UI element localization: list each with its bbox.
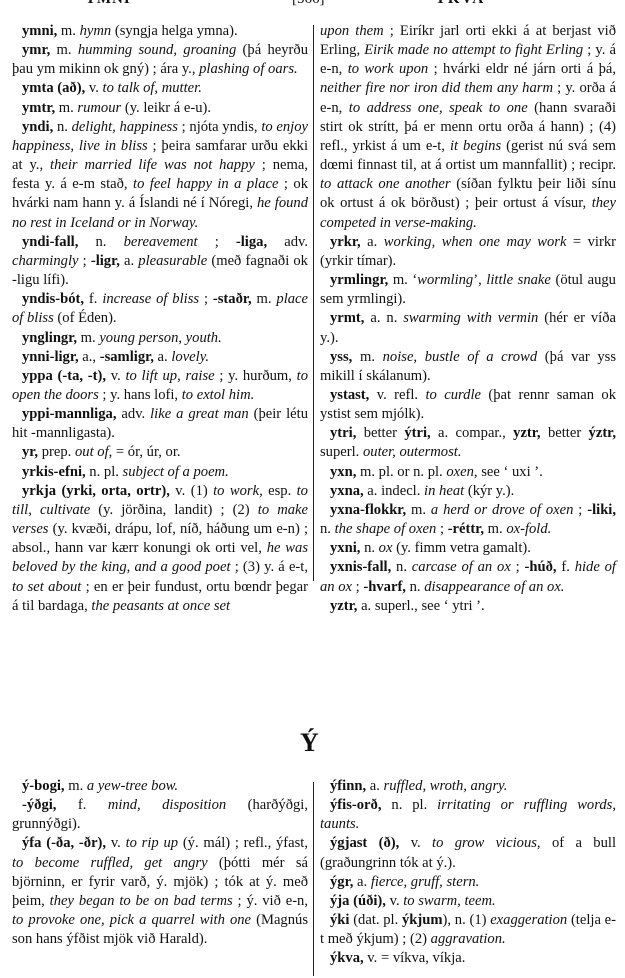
headword: ýgjast (ð), bbox=[330, 835, 399, 851]
dictionary-entry: ýja (úði), v. to swarm, teem. bbox=[320, 892, 616, 911]
headword: yxn, bbox=[330, 464, 356, 480]
headword: ystast, bbox=[330, 387, 369, 403]
entry-text: adv. bbox=[267, 234, 308, 250]
dictionary-entry: ytri, better ýtri, a. compar., yztr, bet… bbox=[320, 424, 616, 462]
headword: ytri, bbox=[330, 425, 356, 441]
entry-text: n. bbox=[391, 559, 412, 575]
entry-text: adv. bbox=[116, 406, 150, 422]
entry-text: ; ý. við e-n, bbox=[233, 893, 308, 909]
dictionary-entry: yxna-flokkr, m. a herd or drove of oxen … bbox=[320, 501, 616, 539]
entry-text: a. n. bbox=[364, 310, 403, 326]
definition: to set about bbox=[12, 579, 81, 595]
dictionary-entry: ymta (að), v. to talk of, mutter. bbox=[12, 79, 308, 98]
definition: young person, youth. bbox=[99, 330, 221, 346]
headword: ýtri, bbox=[404, 425, 430, 441]
definition: to curdle bbox=[425, 387, 481, 403]
entry-text: v. bbox=[106, 368, 125, 384]
dictionary-entry: ý-bogi, m. a yew-tree bow. bbox=[12, 777, 308, 796]
entry-text: v. bbox=[106, 835, 126, 851]
dictionary-entry: yndis-bót, f. increase of bliss ; -staðr… bbox=[12, 290, 308, 328]
dictionary-entry: yxni, n. ox (y. fimm vetra gamalt). bbox=[320, 539, 616, 558]
headword: ýja (úði), bbox=[330, 893, 386, 909]
headword: yxna, bbox=[330, 483, 364, 499]
column-right-bottom: ýfinn, a. ruffled, wroth, angry.ýfis-orð… bbox=[320, 777, 616, 969]
headword: -staðr, bbox=[213, 291, 252, 307]
definition: humming sound, groaning bbox=[78, 42, 236, 58]
definition: to provoke one, pick a quarrel with one bbox=[12, 912, 251, 928]
headword: yxna-flokkr, bbox=[330, 502, 406, 518]
definition: delight, happiness bbox=[72, 119, 178, 135]
definition: to become ruffled, get angry bbox=[12, 855, 208, 871]
entry-text: (of Éden). bbox=[54, 310, 117, 326]
dictionary-entry: yrkis-efni, n. pl. subject of a poem. bbox=[12, 463, 308, 482]
dictionary-entry: yxn, m. pl. or n. pl. oxen, see ‘ uxi ’. bbox=[320, 463, 616, 482]
definition: like a great man bbox=[150, 406, 249, 422]
headword: yxnis-fall, bbox=[330, 559, 391, 575]
dictionary-entry: yr, prep. out of, = ór, úr, or. bbox=[12, 443, 308, 462]
column-divider bbox=[313, 25, 314, 581]
definition: little snake bbox=[486, 272, 551, 288]
entry-text: a. superl., see ‘ ytri ’. bbox=[357, 598, 484, 614]
entry-text: a. compar., bbox=[431, 425, 514, 441]
right-guide-word: ÝKVA bbox=[435, 0, 485, 8]
entry-text: ; njóta yndis, bbox=[178, 119, 261, 135]
headword: yndis-bót, bbox=[22, 291, 84, 307]
headword: ymni, bbox=[22, 23, 57, 39]
definition: to address one, speak to one bbox=[349, 100, 528, 116]
headword: yr, bbox=[22, 444, 38, 460]
headword: ýkjum bbox=[402, 912, 443, 928]
definition: noise, bustle of a crowd bbox=[383, 349, 538, 365]
definition: plashing of oars. bbox=[199, 61, 298, 77]
entry-text: m. bbox=[252, 291, 277, 307]
entry-text: a. bbox=[120, 253, 138, 269]
dictionary-entry: yndi-fall, n. bereavement ; -liga, adv. … bbox=[12, 233, 308, 290]
dictionary-entry: -ýðgi, f. mind, disposition (harðýðgi, g… bbox=[12, 796, 308, 834]
headword: -ýðgi, bbox=[22, 797, 56, 813]
dictionary-entry: yrkr, a. working, when one may work = vi… bbox=[320, 233, 616, 271]
headword: yrkr, bbox=[330, 234, 361, 250]
definition: Eirik made no attempt to fight Erling bbox=[364, 42, 583, 58]
entry-text: f. bbox=[56, 797, 107, 813]
entry-text: n. bbox=[406, 579, 424, 595]
headword: yndi, bbox=[22, 119, 53, 135]
entry-text: m. bbox=[65, 778, 87, 794]
headword: ýfis-orð, bbox=[330, 797, 381, 813]
entry-text: m. bbox=[50, 42, 78, 58]
definition: oxen, bbox=[446, 464, 477, 480]
entry-text: a. bbox=[353, 874, 370, 890]
definition: ox-fold. bbox=[506, 521, 551, 537]
definition: neither fire nor iron did them any harm bbox=[320, 80, 553, 96]
headword: ýki bbox=[330, 912, 349, 928]
dictionary-entry: upon them ; Eiríkr jarl orti ekki á at b… bbox=[320, 22, 616, 233]
entry-text: m. bbox=[484, 521, 506, 537]
dictionary-entry: ymr, m. humming sound, groaning (þá heyr… bbox=[12, 41, 308, 79]
definition: subject of a poem. bbox=[123, 464, 229, 480]
entry-text: n. bbox=[320, 521, 335, 537]
definition: swarming with vermin bbox=[403, 310, 538, 326]
entry-text: v. = víkva, víkja. bbox=[364, 950, 466, 966]
definition: to talk of, mutter. bbox=[103, 80, 202, 96]
entry-text: better bbox=[541, 425, 589, 441]
entry-text: see ‘ uxi ’. bbox=[478, 464, 543, 480]
entry-text: a. indecl. bbox=[364, 483, 424, 499]
definition: their married life was not happy bbox=[50, 157, 255, 173]
entry-text: prep. bbox=[38, 444, 75, 460]
entry-text: superl. bbox=[320, 444, 363, 460]
headword: -liga, bbox=[236, 234, 267, 250]
headword: yrkja (yrki, orta, ortr), bbox=[22, 483, 170, 499]
headword: ýgr, bbox=[330, 874, 353, 890]
entry-text: a., bbox=[79, 349, 100, 365]
headword: ýfinn, bbox=[330, 778, 366, 794]
entry-text: f. bbox=[84, 291, 102, 307]
dictionary-entry: ýfis-orð, n. pl. irritating or ruffling … bbox=[320, 796, 616, 834]
dictionary-entry: ýki (dat. pl. ýkjum), n. (1) exaggeratio… bbox=[320, 911, 616, 949]
headword: yrmlingr, bbox=[330, 272, 388, 288]
entry-text: ; (3) y. á e-t, bbox=[231, 559, 308, 575]
entry-text: v. bbox=[386, 893, 403, 909]
dictionary-entry: yppa (-ta, -t), v. to lift up, raise ; y… bbox=[12, 367, 308, 405]
dictionary-entry: yrmt, a. n. swarming with vermin (hér er… bbox=[320, 309, 616, 347]
definition: it begins bbox=[450, 138, 501, 154]
entry-text: (y. jörðina, landit) ; (2) bbox=[90, 502, 258, 518]
headword: -réttr, bbox=[448, 521, 484, 537]
entry-text: ; bbox=[352, 579, 363, 595]
dictionary-entry: yndi, n. delight, happiness ; njóta yndi… bbox=[12, 118, 308, 233]
definition: to work upon bbox=[348, 61, 429, 77]
definition: wormling bbox=[417, 272, 473, 288]
dictionary-entry: ystast, v. refl. to curdle (þat rennr sa… bbox=[320, 386, 616, 424]
headword: yppa (-ta, -t), bbox=[22, 368, 106, 384]
definition: rumour bbox=[77, 100, 121, 116]
dictionary-entry: ynglingr, m. young person, youth. bbox=[12, 329, 308, 348]
entry-text: ; bbox=[573, 502, 587, 518]
headword: ynni-ligr, bbox=[22, 349, 79, 365]
entry-text: ; bbox=[78, 253, 90, 269]
dictionary-entry: ýfinn, a. ruffled, wroth, angry. bbox=[320, 777, 616, 796]
entry-text: f. bbox=[557, 559, 575, 575]
definition: lovely. bbox=[171, 349, 209, 365]
entry-text: (y. fimm vetra gamalt). bbox=[392, 540, 530, 556]
entry-text: esp. bbox=[263, 483, 297, 499]
definition: charmingly bbox=[12, 253, 78, 269]
entry-text: (ý. mál) ; refl., ýfast, bbox=[178, 835, 308, 851]
headword: ymta (að), bbox=[22, 80, 85, 96]
entry-text: a. bbox=[154, 349, 171, 365]
entry-text: (dat. pl. bbox=[349, 912, 402, 928]
headword: yztr, bbox=[330, 598, 357, 614]
dictionary-entry: ymtr, m. rumour (y. leikr á e-u). bbox=[12, 99, 308, 118]
definition: outer, outermost. bbox=[363, 444, 462, 460]
section-letter-heading: Ý bbox=[300, 728, 319, 758]
definition: the peasants at once set bbox=[91, 598, 230, 614]
dictionary-entry: ynni-ligr, a., -samligr, a. lovely. bbox=[12, 348, 308, 367]
column-right-top: upon them ; Eiríkr jarl orti ekki á at b… bbox=[320, 22, 616, 616]
entry-text: v. refl. bbox=[369, 387, 425, 403]
column-left-top: ymni, m. hymn (syngja helga ymna).ymr, m… bbox=[12, 22, 308, 616]
definition: out of, bbox=[75, 444, 112, 460]
dictionary-entry: ýfa (-ða, -ðr), v. to rip up (ý. mál) ; … bbox=[12, 834, 308, 949]
definition: to swarm, teem. bbox=[403, 893, 495, 909]
entry-text: m. bbox=[352, 349, 382, 365]
page-number: [566] bbox=[292, 0, 325, 8]
entry-text: ), n. (1) bbox=[443, 912, 491, 928]
headword: ý-bogi, bbox=[22, 778, 65, 794]
entry-text: a. bbox=[366, 778, 383, 794]
definition: they began to be on bad terms bbox=[50, 893, 233, 909]
definition: to extol him. bbox=[182, 387, 255, 403]
entry-text: m. ‘ bbox=[388, 272, 417, 288]
definition: a herd or drove of oxen bbox=[431, 502, 574, 518]
entry-text: ; bbox=[511, 559, 525, 575]
definition: increase of bliss bbox=[102, 291, 199, 307]
entry-text: n. bbox=[360, 540, 378, 556]
headword: -ligr, bbox=[91, 253, 120, 269]
headword: ynglingr, bbox=[22, 330, 77, 346]
definition: disappearance of an ox. bbox=[424, 579, 564, 595]
headword: yztr, bbox=[513, 425, 540, 441]
definition: carcase of an ox bbox=[412, 559, 511, 575]
headword: yppi-mannliga, bbox=[22, 406, 116, 422]
entry-text: m. bbox=[406, 502, 431, 518]
definition: hymn bbox=[80, 23, 112, 39]
entry-text: (kýr y.). bbox=[464, 483, 514, 499]
headword: ýkva, bbox=[330, 950, 364, 966]
definition: to work, bbox=[213, 483, 263, 499]
definition: the shape of oxen bbox=[335, 521, 437, 537]
definition: working, when one may work bbox=[384, 234, 567, 250]
entry-text: n. pl. bbox=[381, 797, 437, 813]
headword: yrmt, bbox=[330, 310, 364, 326]
definition: to attack one another bbox=[320, 176, 451, 192]
headword: -samligr, bbox=[100, 349, 154, 365]
entry-text: v. bbox=[399, 835, 432, 851]
column-left-bottom: ý-bogi, m. a yew-tree bow.-ýðgi, f. mind… bbox=[12, 777, 308, 949]
entry-text: ; hvárki eldr né járn orti á þá, bbox=[428, 61, 616, 77]
definition: to feel happy in a place bbox=[133, 176, 278, 192]
definition: bereavement bbox=[124, 234, 198, 250]
headword: ýztr, bbox=[589, 425, 616, 441]
page-header: YMNI [566] ÝKVA bbox=[0, 0, 625, 9]
headword: -hvarf, bbox=[363, 579, 406, 595]
dictionary-entry: ýgjast (ð), v. to grow vicious, of a bul… bbox=[320, 834, 616, 872]
entry-text: m. bbox=[57, 23, 79, 39]
entry-text: a. bbox=[361, 234, 384, 250]
headword: yss, bbox=[330, 349, 352, 365]
left-guide-word: YMNI bbox=[85, 0, 131, 8]
headword: ymr, bbox=[22, 42, 50, 58]
entry-text: ; y. hans lofi, bbox=[99, 387, 182, 403]
dictionary-entry: yrkja (yrki, orta, ortr), v. (1) to work… bbox=[12, 482, 308, 616]
dictionary-entry: yss, m. noise, bustle of a crowd (þá var… bbox=[320, 348, 616, 386]
definition: in heat bbox=[424, 483, 464, 499]
entry-text: n. pl. bbox=[86, 464, 123, 480]
entry-text: m. bbox=[55, 100, 77, 116]
entry-text: better bbox=[356, 425, 404, 441]
entry-text: v. bbox=[85, 80, 102, 96]
dictionary-entry: yxnis-fall, n. carcase of an ox ; -húð, … bbox=[320, 558, 616, 596]
dictionary-entry: yrmlingr, m. ‘wormling’, little snake (ö… bbox=[320, 271, 616, 309]
entry-text: ; y. hurðum, bbox=[215, 368, 297, 384]
entry-text: m. pl. or n. pl. bbox=[356, 464, 446, 480]
dictionary-entry: ýgr, a. fierce, gruff, stern. bbox=[320, 873, 616, 892]
headword: yrkis-efni, bbox=[22, 464, 86, 480]
headword: -liki, bbox=[587, 502, 616, 518]
entry-text: (syngja helga ymna). bbox=[111, 23, 237, 39]
definition: mind, disposition bbox=[108, 797, 226, 813]
headword: ýfa (-ða, -ðr), bbox=[22, 835, 106, 851]
entry-text: ’, bbox=[473, 272, 486, 288]
definition: ruffled, wroth, angry. bbox=[384, 778, 508, 794]
headword: ymtr, bbox=[22, 100, 55, 116]
dictionary-entry: yxna, a. indecl. in heat (kýr y.). bbox=[320, 482, 616, 501]
definition: to grow vicious, bbox=[432, 835, 541, 851]
definition: upon them bbox=[320, 23, 384, 39]
definition: ox bbox=[379, 540, 393, 556]
dictionary-entry: yppi-mannliga, adv. like a great man (þe… bbox=[12, 405, 308, 443]
definition: to lift up, raise bbox=[125, 368, 214, 384]
definition: to rip up bbox=[126, 835, 178, 851]
dictionary-entry: ýkva, v. = víkva, víkja. bbox=[320, 949, 616, 968]
definition: aggravation. bbox=[431, 931, 506, 947]
column-divider bbox=[313, 782, 314, 976]
entry-text: n. bbox=[53, 119, 71, 135]
headword: yxni, bbox=[330, 540, 360, 556]
definition: a yew-tree bow. bbox=[87, 778, 178, 794]
definition: pleasurable bbox=[138, 253, 207, 269]
entry-text: m. bbox=[77, 330, 99, 346]
entry-text: n. bbox=[78, 234, 123, 250]
headword: -húð, bbox=[525, 559, 557, 575]
entry-text: ; bbox=[436, 521, 447, 537]
dictionary-entry: yztr, a. superl., see ‘ ytri ’. bbox=[320, 597, 616, 616]
entry-text: = ór, úr, or. bbox=[112, 444, 180, 460]
headword: yndi-fall, bbox=[22, 234, 78, 250]
entry-text: ; bbox=[198, 234, 236, 250]
entry-text: (y. leikr á e-u). bbox=[121, 100, 211, 116]
entry-text: v. (1) bbox=[170, 483, 213, 499]
entry-text: ; bbox=[199, 291, 213, 307]
entry-text: (y. kvæði, drápu, lof, níð, háðung um e-… bbox=[12, 521, 308, 556]
definition: exaggeration bbox=[490, 912, 567, 928]
dictionary-entry: ymni, m. hymn (syngja helga ymna). bbox=[12, 22, 308, 41]
definition: fierce, gruff, stern. bbox=[371, 874, 480, 890]
